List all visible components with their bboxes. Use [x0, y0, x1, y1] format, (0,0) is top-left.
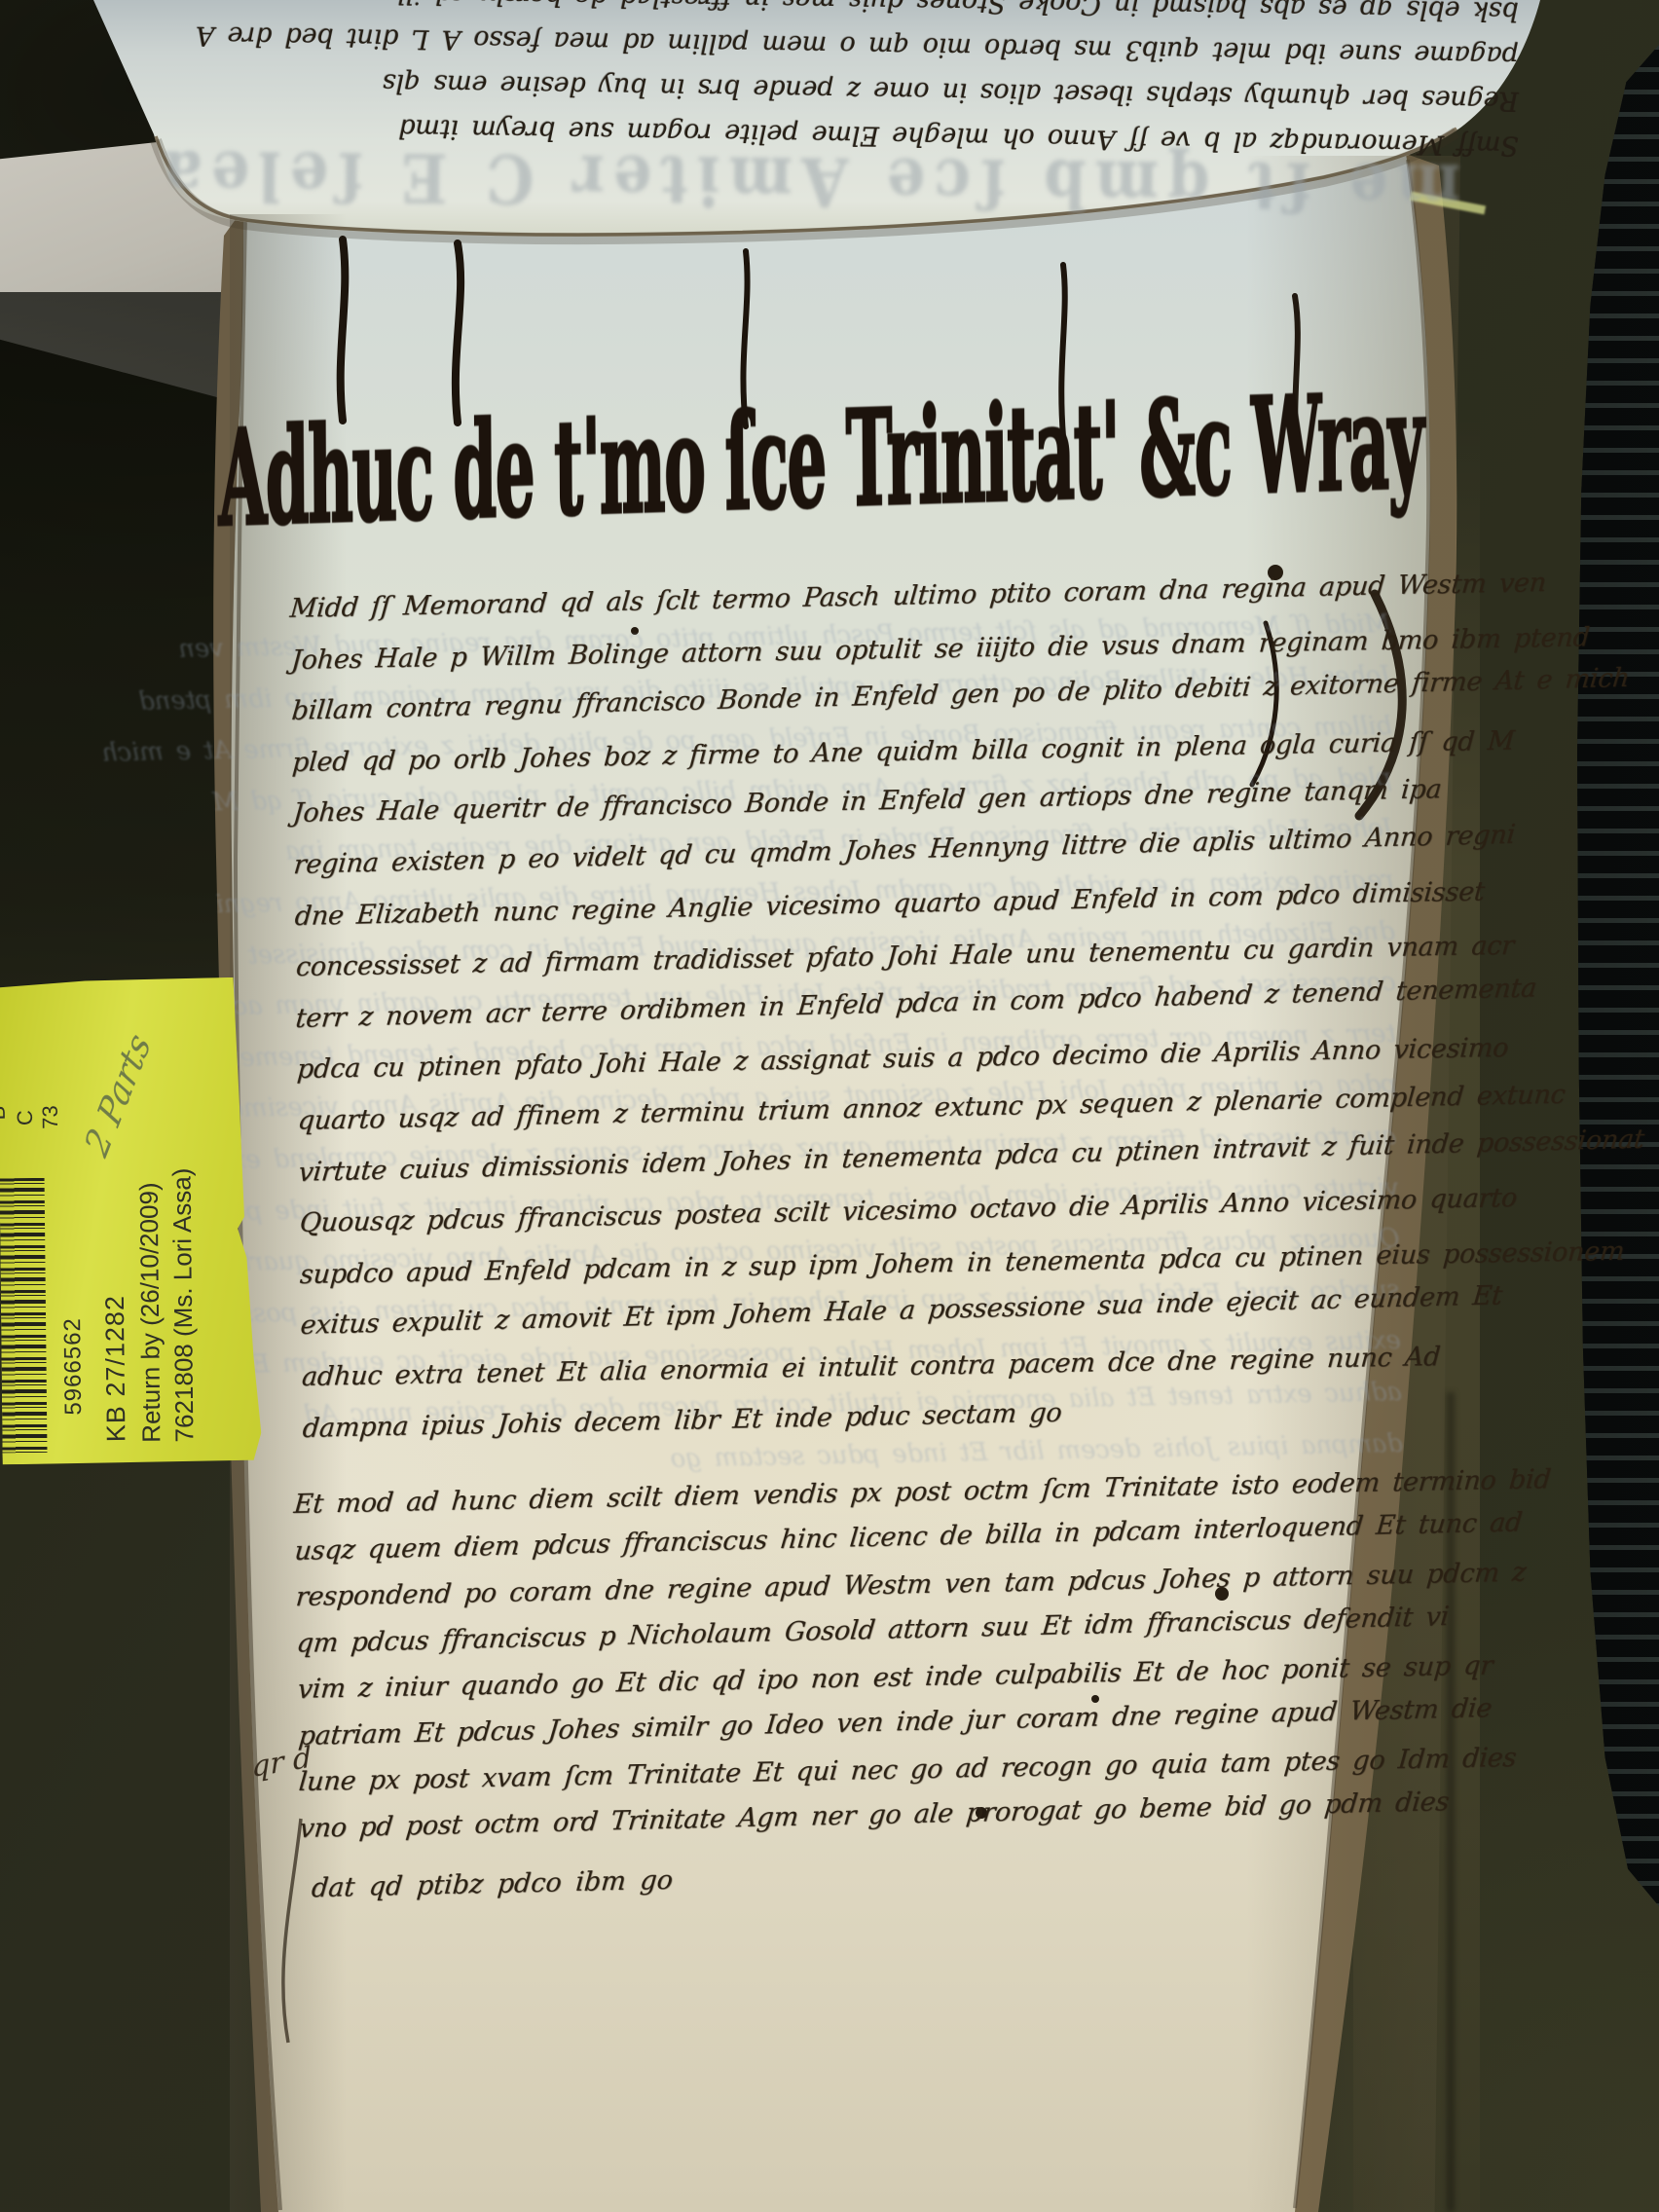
photograph-of-plea-roll: bsk ebls qp es abs baismd in Cooke Stone…	[0, 0, 1659, 2212]
archive-sticker: 5966562 KB 27/1282 Return by (26/10/2009…	[0, 976, 264, 1465]
sticker-barcode-number: 5966562	[59, 1317, 88, 1416]
barcode	[0, 1178, 47, 1453]
sticker-requisition-line: 7621808 (Ms. Lori Assa)	[166, 1167, 200, 1442]
sticker-code-b: B	[0, 1106, 11, 1121]
sticker-return-by: Return by (26/10/2009)	[134, 1182, 167, 1443]
membrane-heading: Adhuc de t'mo ſce Trinitat' &c Wray	[218, 375, 1423, 544]
sticker-code-73: 73	[38, 1105, 63, 1129]
sticker-code-c: C	[13, 1110, 38, 1125]
sticker-handwritten-note: 2 Parts	[81, 1028, 157, 1163]
closing-line: dat qd ptibz pdco ibm go	[311, 1867, 674, 1901]
sticker-document-reference: KB 27/1282	[100, 1295, 132, 1442]
showthrough-heading: me ſt qmb ſce Amiter C E ſelea	[370, 142, 1461, 221]
